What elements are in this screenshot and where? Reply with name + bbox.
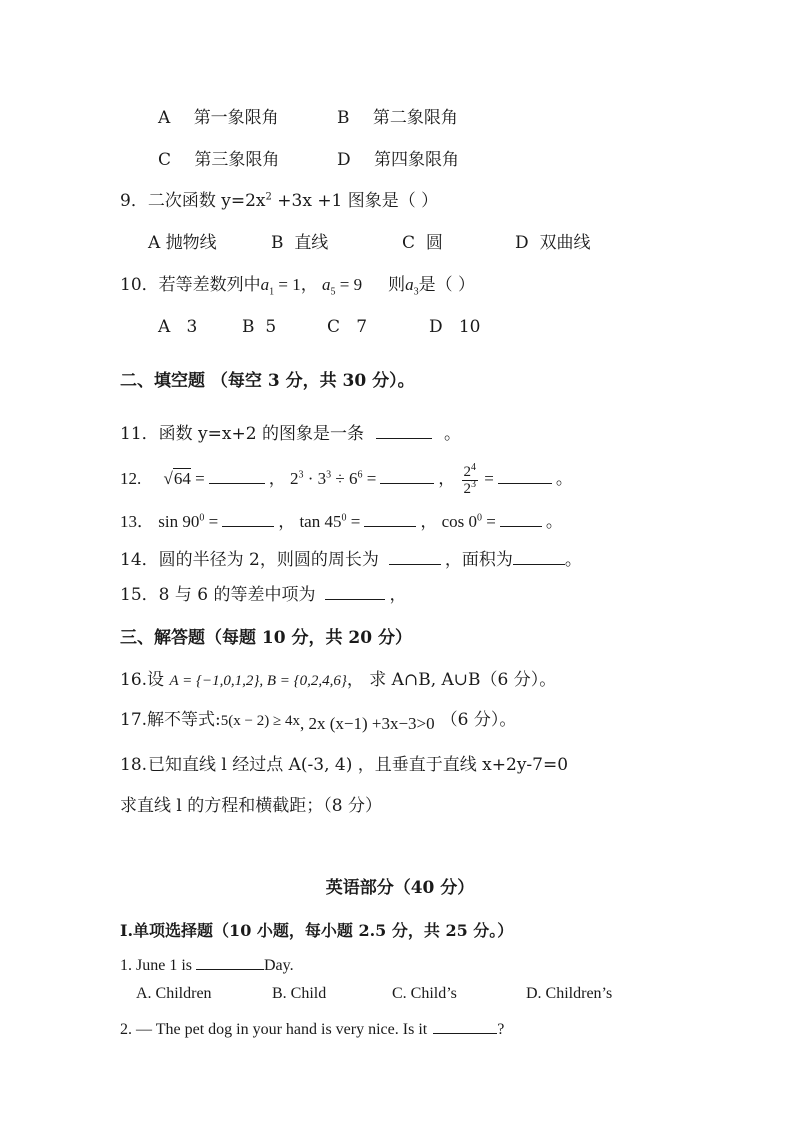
q10-option-c: C 7 xyxy=(327,316,367,338)
question-text: 函数 y=x+2 的图象是一条 xyxy=(159,424,364,444)
question-number: 14． xyxy=(120,550,159,570)
q9-option-b: B 直线 xyxy=(271,232,328,254)
option-letter: A xyxy=(158,108,170,128)
q9-option-a: A 抛物线 xyxy=(148,232,217,254)
punctuation: 。 xyxy=(565,550,582,570)
cos-expression: cos 0 xyxy=(442,512,477,531)
equals: = xyxy=(204,512,218,531)
question-18-line-2: 求直线 l 的方程和横截距；（8 分） xyxy=(120,795,382,817)
option-text: 第三象限角 xyxy=(194,150,279,170)
option-letter: C xyxy=(158,150,171,170)
question-16: 16.设 A = {−1,0,1,2}, B = {0,2,4,6}， 求 A∩… xyxy=(120,669,556,692)
question-text: 是（ ） xyxy=(419,275,475,295)
denominator: 2 xyxy=(464,481,472,497)
question-number: 11． xyxy=(120,424,159,444)
math-value: = 1， xyxy=(274,275,318,294)
section-2-title: 二、填空题 （每空 3 分，共 30 分）。 xyxy=(120,370,415,392)
fraction: 2423 xyxy=(462,464,479,497)
option-letter: D xyxy=(337,150,351,170)
option-letter: B xyxy=(242,317,255,337)
english-q1-option-a: A. Children xyxy=(136,983,212,1005)
answer-blank[interactable] xyxy=(196,953,264,970)
question-10: 10．若等差数列中a1 = 1， a5 = 9则a3是（ ） xyxy=(120,274,475,296)
question-text: 2. — The pet dog in your hand is very ni… xyxy=(120,1021,427,1038)
answer-blank[interactable] xyxy=(513,548,565,565)
punctuation: 。 xyxy=(546,512,563,531)
inequality-2: , 2x (x−1) +3x−3>0 xyxy=(300,714,435,733)
q8-option-a: A 第一象限角 xyxy=(158,107,279,129)
english-section-1-title: I.单项选择题（10 小题，每小题 2.5 分，共 25 分。） xyxy=(120,920,513,942)
option-text: 7 xyxy=(356,317,367,337)
question-text: 设 xyxy=(147,670,164,690)
english-question-1: 1. June 1 isDay. xyxy=(120,953,294,977)
option-text: 第二象限角 xyxy=(373,108,458,128)
question-text: Day. xyxy=(264,957,294,974)
q9-option-d: D 双曲线 xyxy=(515,232,590,254)
section-3-title: 三、解答题（每题 10 分，共 20 分） xyxy=(120,627,412,649)
option-text: 圆 xyxy=(426,233,443,253)
numerator: 2 xyxy=(464,464,472,480)
question-18-text-1: 已知直线 l 经过点 A(-3, 4) ，且垂直于直线 x+2y-7=0 xyxy=(148,754,568,776)
question-14: 14．圆的半径为 2，则圆的周长为，面积为。 xyxy=(120,548,582,571)
math-value: = 9 xyxy=(335,275,362,294)
equals: = xyxy=(362,469,376,488)
q10-option-b: B 5 xyxy=(242,316,276,338)
sin-expression: sin 90 xyxy=(158,512,199,531)
sqrt-expression: √64 xyxy=(164,469,191,488)
answer-blank[interactable] xyxy=(500,510,542,527)
question-11: 11．函数 y=x+2 的图象是一条。 xyxy=(120,422,461,445)
equals: = xyxy=(482,512,496,531)
punctuation: ， xyxy=(269,469,286,488)
answer-blank[interactable] xyxy=(389,548,441,565)
punctuation: ， xyxy=(278,512,295,531)
set-definition: A = {−1,0,1,2}, B = {0,2,4,6} xyxy=(169,673,346,689)
option-text: 10 xyxy=(459,317,481,337)
punctuation: 。 xyxy=(444,424,461,444)
option-text: 第一象限角 xyxy=(194,108,279,128)
option-letter: B xyxy=(271,233,284,253)
math-var: a xyxy=(405,275,414,294)
punctuation: ， xyxy=(389,585,406,605)
punctuation: ， xyxy=(438,469,455,488)
question-text: 解不等式: xyxy=(147,710,221,730)
option-letter: D xyxy=(515,233,529,253)
answer-blank[interactable] xyxy=(209,467,265,484)
option-text: 双曲线 xyxy=(539,233,590,253)
exponent: 4 xyxy=(471,462,476,473)
option-letter: A xyxy=(148,233,160,253)
english-question-2: 2. — The pet dog in your hand is very ni… xyxy=(120,1017,504,1041)
option-text: 直线 xyxy=(294,233,328,253)
sqrt-argument: 64 xyxy=(173,468,191,488)
question-text: ，面积为 xyxy=(445,550,513,570)
option-letter: A xyxy=(158,317,170,337)
option-letter: B xyxy=(337,108,350,128)
exponent: 3 xyxy=(471,479,476,490)
tan-expression: tan 45 xyxy=(299,512,341,531)
english-q1-option-b: B. Child xyxy=(272,983,326,1005)
option-text: 第四象限角 xyxy=(374,150,459,170)
question-18-line-1: 18. xyxy=(120,754,147,776)
question-9: 9．二次函数 y=2x2 +3x +1 图象是（ ） xyxy=(120,190,438,212)
question-text: ? xyxy=(497,1021,504,1038)
option-letter: C xyxy=(327,317,340,337)
q8-option-c: C 第三象限角 xyxy=(158,149,279,171)
answer-blank[interactable] xyxy=(433,1017,497,1034)
math-base: ÷ 6 xyxy=(331,469,357,488)
english-q1-option-d: D. Children’s xyxy=(526,983,612,1005)
option-text: 抛物线 xyxy=(166,233,217,253)
question-number: 12. xyxy=(120,469,141,488)
question-text: 则 xyxy=(388,275,405,295)
question-text: ， 求 A∩B, A∪B（6 分）。 xyxy=(347,670,556,690)
answer-blank[interactable] xyxy=(380,467,434,484)
question-text: +3x +1 图象是（ ） xyxy=(272,191,438,211)
english-section-title: 英语部分（40 分） xyxy=(0,877,800,899)
q9-option-c: C 圆 xyxy=(402,232,443,254)
answer-blank[interactable] xyxy=(222,510,274,527)
question-text: 1. June 1 is xyxy=(120,957,192,974)
english-q1-option-c: C. Child’s xyxy=(392,983,457,1005)
equals: = xyxy=(346,512,360,531)
question-text: 8 与 6 的等差中项为 xyxy=(159,585,316,605)
question-text: 二次函数 y=2x xyxy=(148,191,266,211)
answer-blank[interactable] xyxy=(498,467,552,484)
inequality-1: 5(x − 2) ≥ 4x xyxy=(221,713,300,729)
option-text: 5 xyxy=(265,317,276,337)
question-number: 16. xyxy=(120,670,147,690)
equals: = xyxy=(480,469,494,488)
punctuation: 。 xyxy=(556,469,573,488)
option-letter: D xyxy=(429,317,443,337)
math-var: a xyxy=(261,275,270,294)
q10-option-a: A 3 xyxy=(158,316,197,338)
answer-blank[interactable] xyxy=(376,422,432,439)
option-letter: C xyxy=(402,233,415,253)
option-text: 3 xyxy=(187,317,198,337)
question-15: 15．8 与 6 的等差中项为， xyxy=(120,583,406,606)
q10-option-d: D 10 xyxy=(429,316,481,338)
answer-blank[interactable] xyxy=(364,510,416,527)
punctuation: ， xyxy=(420,512,437,531)
question-13: 13． sin 900 =， tan 450 =， cos 00 =。 xyxy=(120,510,563,533)
question-text: （6 分）。 xyxy=(441,710,517,730)
question-number: 13． xyxy=(120,512,154,531)
question-number: 17. xyxy=(120,710,147,730)
question-17: 17.解不等式:5(x − 2) ≥ 4x, 2x (x−1) +3x−3>0（… xyxy=(120,709,516,732)
answer-blank[interactable] xyxy=(325,583,385,600)
equals: = xyxy=(191,469,205,488)
question-number: 10． xyxy=(120,275,159,295)
math-base: · 3 xyxy=(303,469,326,488)
question-number: 15． xyxy=(120,585,159,605)
question-number: 9． xyxy=(120,191,148,211)
q8-option-b: B 第二象限角 xyxy=(337,107,458,129)
question-text: 圆的半径为 2，则圆的周长为 xyxy=(159,550,379,570)
q8-option-d: D 第四象限角 xyxy=(337,149,459,171)
question-12: 12. √64 =， 23 · 33 ÷ 66 =， 2423 =。 xyxy=(120,462,573,496)
question-text: 若等差数列中 xyxy=(159,275,261,295)
